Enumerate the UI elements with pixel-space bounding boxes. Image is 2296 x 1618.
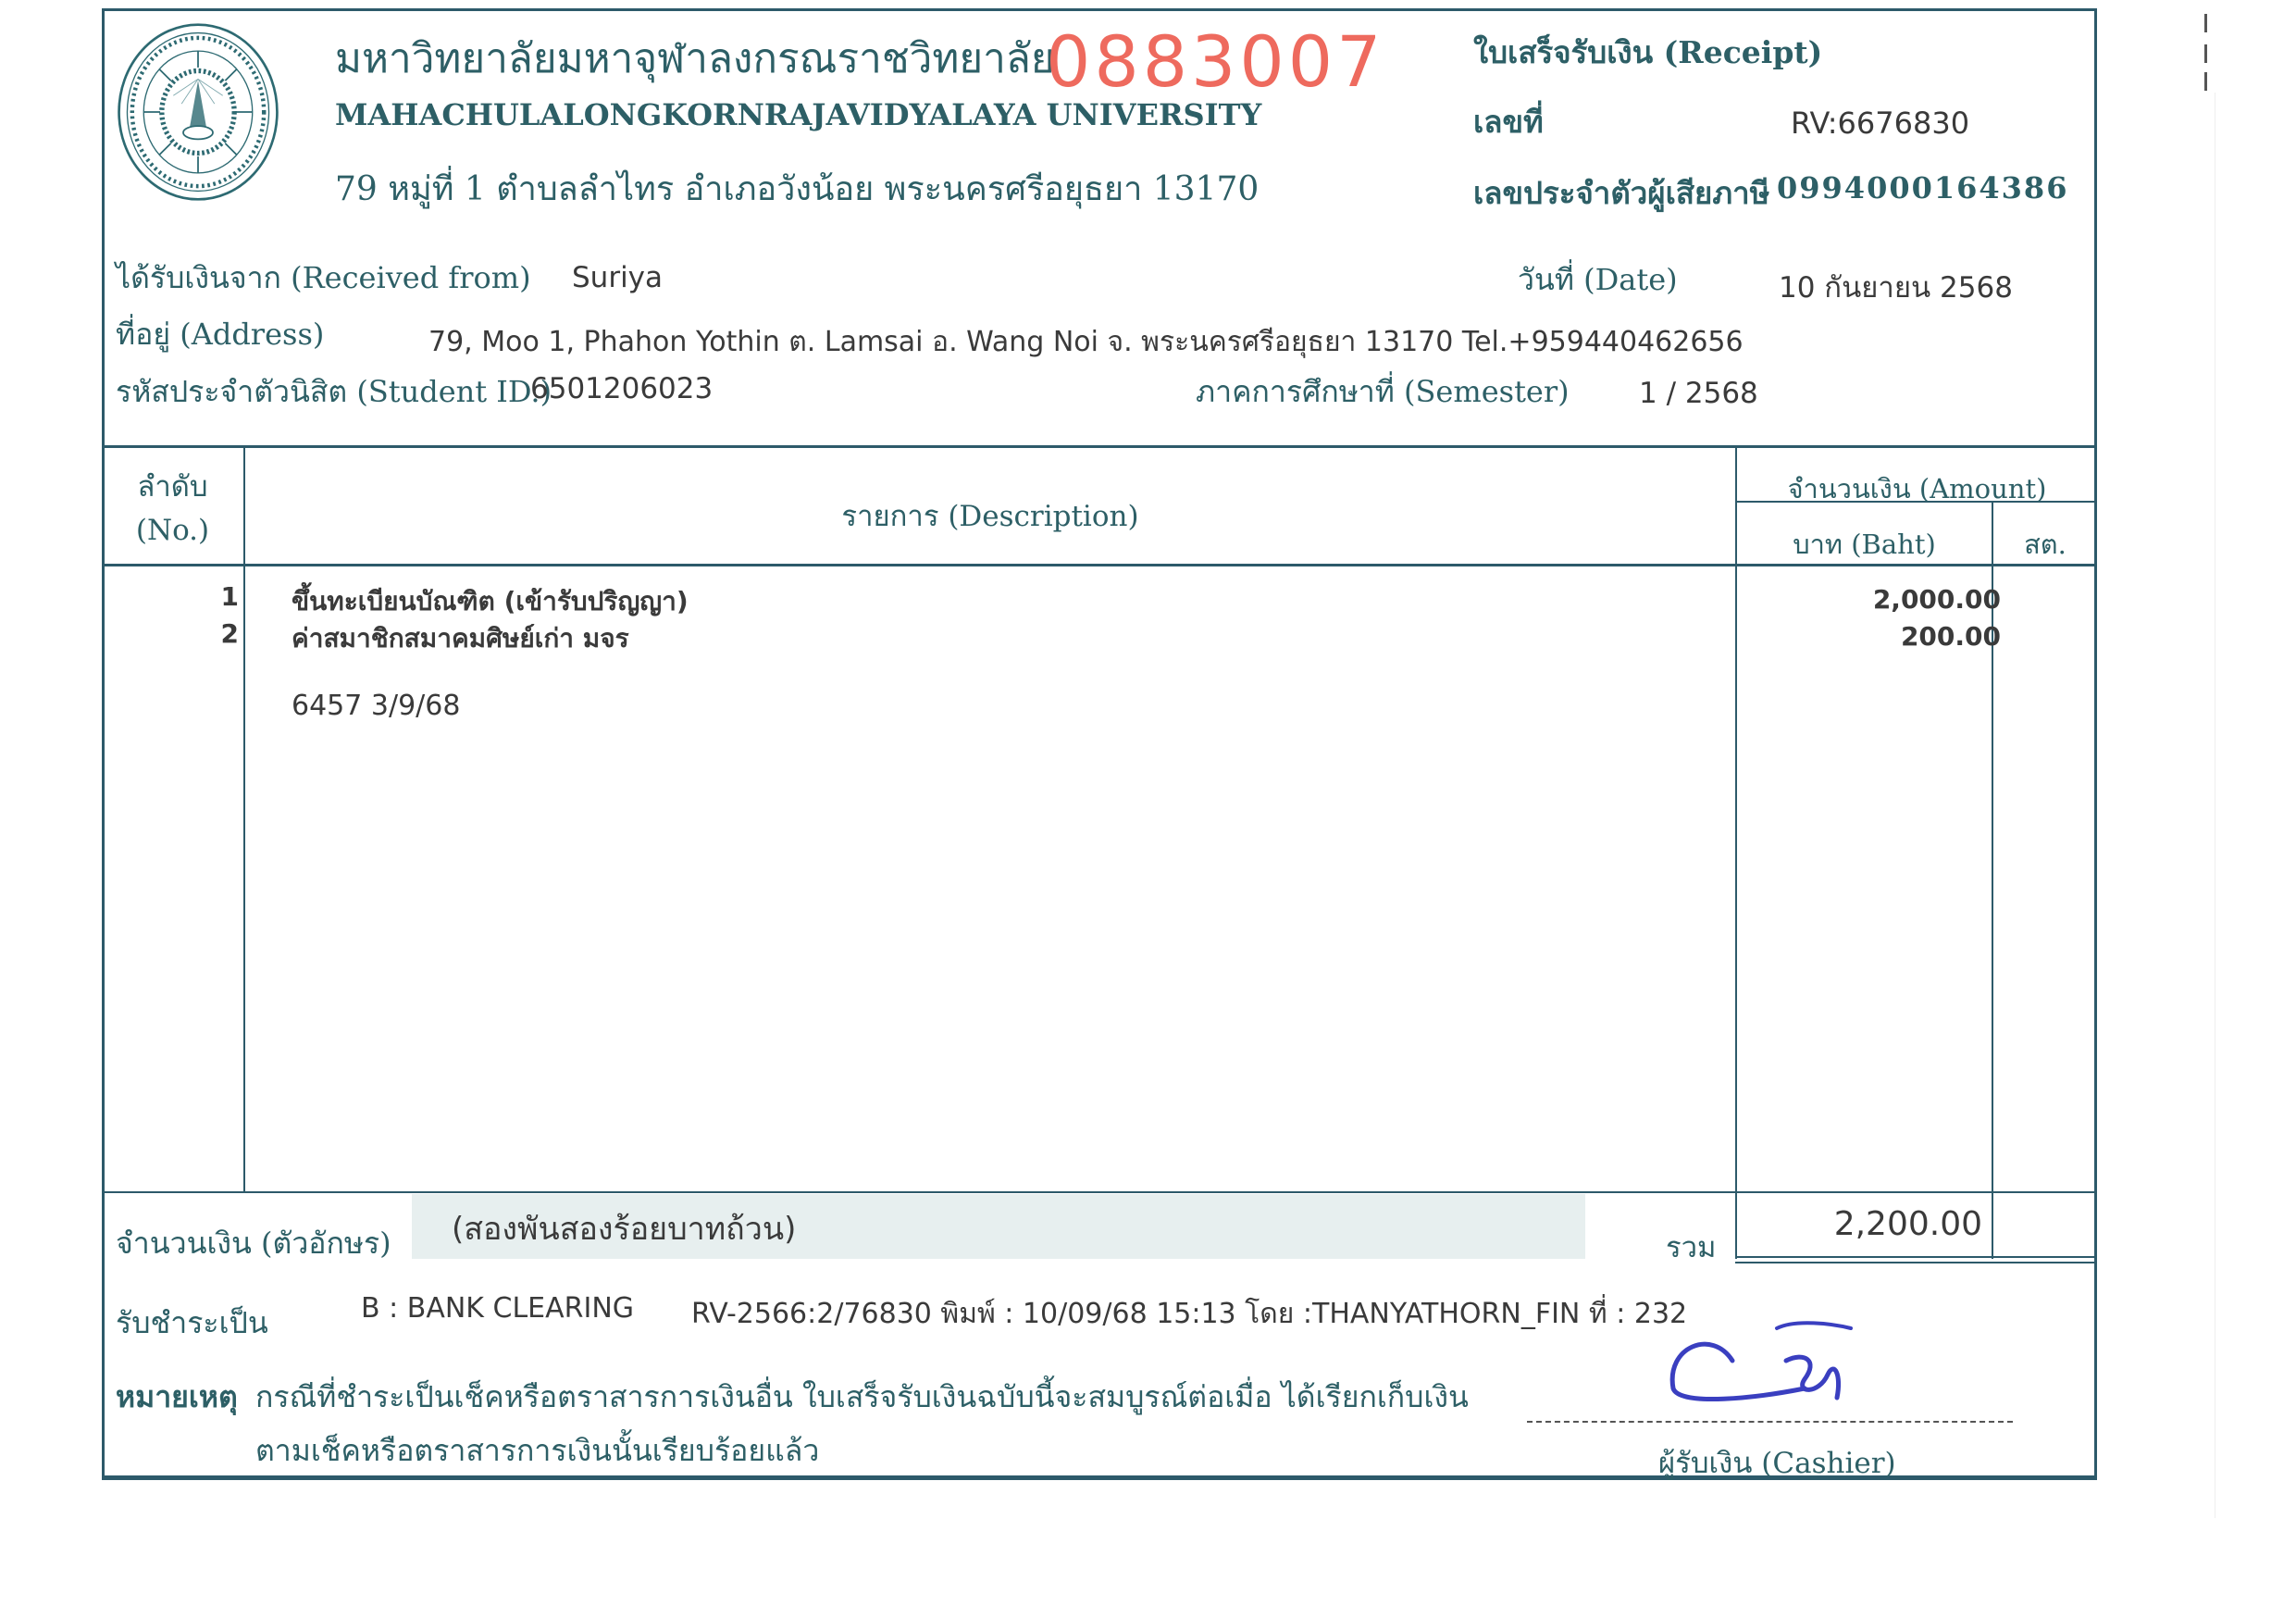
item-description: ขึ้นทะเบียนบัณฑิต (เข้ารับปริญญา)	[292, 581, 689, 622]
signature-line	[1527, 1421, 2013, 1423]
item-note: 6457 3/9/68	[292, 690, 460, 722]
student-id-value: 6501206023	[530, 372, 713, 405]
item-description: ค่าสมาชิกสมาคมศิษย์เก่า มจร	[292, 618, 629, 659]
item-no: 2	[202, 618, 239, 649]
semester-value: 1 / 2568	[1639, 377, 1758, 410]
date-value: 10 กันยายน 2568	[1779, 264, 2013, 310]
page-edge-mark	[2204, 44, 2207, 63]
receipt-number-label: เลขที่	[1473, 97, 1544, 146]
remark-line-1: กรณีที่ชำระเป็นเช็คหรือตราสารการเงินอื่น…	[255, 1374, 1469, 1421]
received-from-value: Suriya	[572, 261, 663, 294]
col-satang: สต.	[1993, 523, 2097, 566]
no-column-divider	[243, 445, 245, 1193]
payment-label: รับชำระเป็น	[116, 1300, 268, 1347]
date-label: วันที่ (Date)	[1518, 256, 1678, 304]
item-no: 1	[202, 581, 239, 612]
received-from-label: ได้รับเงินจาก (Received from)	[116, 255, 531, 302]
remark-line-2: ตามเช็คหรือตราสารการเงินนั้นเรียบร้อยแล้…	[255, 1427, 819, 1475]
amount-column-divider	[1735, 445, 1737, 1259]
amount-in-words-value: (สองพันสองร้อยบาทถ้วน)	[452, 1203, 796, 1253]
col-no-th: ลำดับ	[102, 463, 243, 509]
total-double-border	[1735, 1262, 2097, 1263]
tax-id-label: เลขประจำตัวผู้เสียภาษี	[1473, 168, 1769, 218]
address-label: ที่อยู่ (Address)	[116, 311, 324, 358]
col-baht: บาท (Baht)	[1737, 523, 1992, 566]
remark-label: หมายเหตุ	[116, 1374, 238, 1421]
item-amount: 200.00	[1723, 621, 2001, 652]
student-id-label: รหัสประจำตัวนิสิต (Student ID.)	[116, 368, 552, 416]
address-value: 79, Moo 1, Phahon Yothin ต. Lamsai อ. Wa…	[428, 320, 1744, 364]
total-label: รวม	[1666, 1224, 1717, 1270]
receipt-frame	[102, 8, 2097, 1480]
print-info: RV-2566:2/76830 พิมพ์ : 10/09/68 15:13 โ…	[691, 1292, 1687, 1336]
tax-id: 0994000164386	[1777, 170, 2068, 205]
semester-label: ภาคการศึกษาที่ (Semester)	[1196, 368, 1570, 416]
receipt-number: RV:6676830	[1791, 106, 1969, 141]
items-bottom-border	[102, 1191, 2097, 1193]
university-address: 79 หมู่ที่ 1 ตำบลลำไทร อำเภอวังน้อย พระน…	[335, 162, 1259, 215]
serial-number: 0883007	[1046, 20, 1384, 103]
page-edge-line	[2215, 93, 2215, 1518]
receipt-title: ใบเสร็จรับเงิน (Receipt)	[1473, 28, 1822, 77]
university-seal-icon	[116, 20, 280, 204]
page-edge-mark	[2204, 72, 2207, 91]
total-amount: 2,200.00	[1737, 1205, 1982, 1243]
university-name-thai: มหาวิทยาลัยมหาจุฬาลงกรณราชวิทยาลัย	[335, 26, 1055, 91]
col-amount: จำนวนเงิน (Amount)	[1737, 467, 2097, 510]
cashier-signature	[1657, 1310, 1897, 1421]
payment-method: B : BANK CLEARING	[361, 1292, 634, 1325]
table-top-border	[102, 445, 2097, 448]
total-bottom-border	[1735, 1256, 2097, 1258]
item-amount: 2,000.00	[1723, 584, 2001, 615]
page-edge-mark	[2204, 14, 2207, 32]
amount-in-words-label: จำนวนเงิน (ตัวอักษร)	[116, 1220, 391, 1267]
col-description: รายการ (Description)	[245, 492, 1735, 539]
col-no-en: (No.)	[102, 514, 243, 547]
cashier-label: ผู้รับเงิน (Cashier)	[1658, 1439, 1896, 1486]
